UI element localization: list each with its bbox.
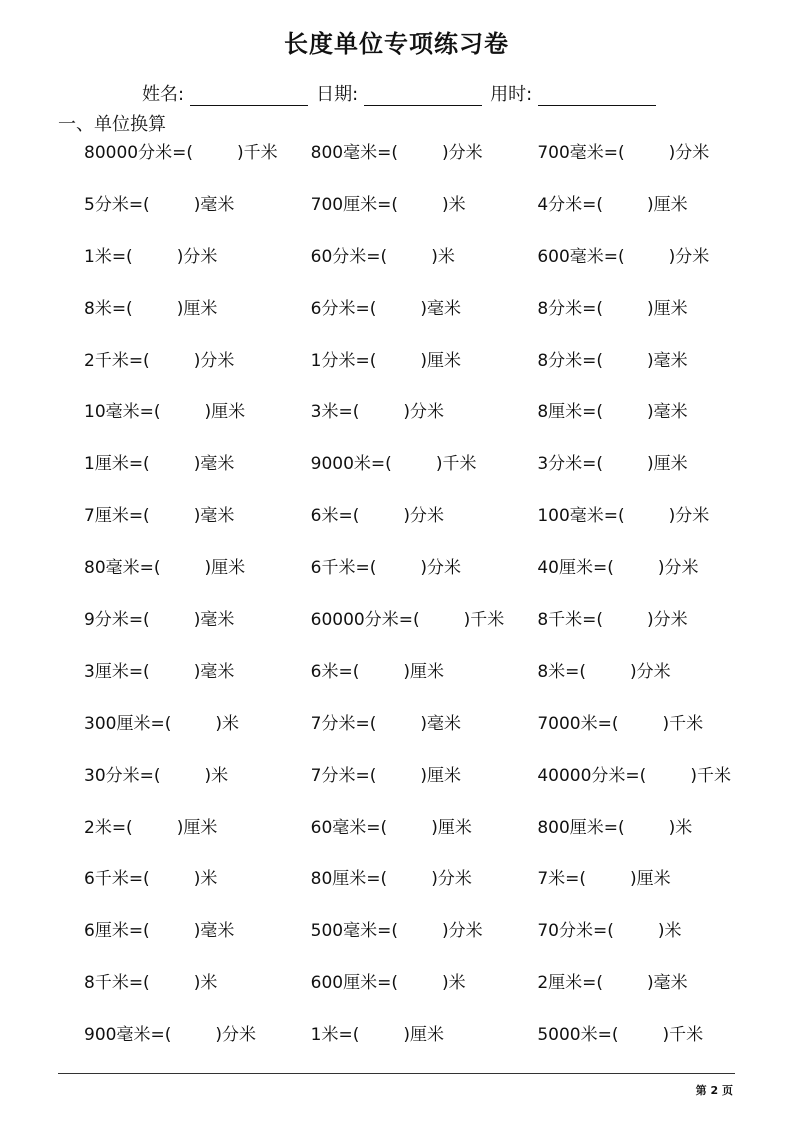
problem-item: 7000米=()千米 [537,709,764,734]
problem-left-text: 2厘米=( [537,968,603,993]
problem-left-text: 6千米=( [84,864,150,889]
problem-item: 10毫米=()厘米 [84,397,311,422]
problem-item: 60000分米=()千米 [311,605,538,630]
problem-left-text: 6厘米=( [84,916,150,941]
worksheet-title: 长度单位专项练习卷 [0,24,793,59]
date-label: 日期: [316,80,358,106]
problem-left-text: 3分米=( [537,449,603,474]
problem-left-text: 800厘米=( [537,813,624,838]
problem-item: 8千米=()米 [84,968,311,993]
problem-left-text: 6千米=( [311,553,377,578]
problem-item: 7分米=()厘米 [311,761,538,786]
problem-item: 8分米=()毫米 [537,346,764,371]
problem-row: 1米=()分米60分米=()米600毫米=()分米 [84,242,764,294]
problem-item: 8米=()分米 [537,657,764,682]
problem-right-text: )厘米 [403,657,444,682]
problem-right-text: )厘米 [420,761,461,786]
problem-left-text: 9分米=( [84,605,150,630]
problem-left-text: 8千米=( [537,605,603,630]
problem-left-text: 80厘米=( [311,864,388,889]
problem-right-text: )分米 [177,242,218,267]
problem-right-text: )分米 [647,605,688,630]
problem-right-text: )千米 [690,761,731,786]
time-used-blank[interactable] [538,87,656,106]
problem-item: 3分米=()厘米 [537,449,764,474]
footer-divider [58,1073,735,1074]
problem-row: 1厘米=()毫米9000米=()千米3分米=()厘米 [84,449,764,501]
problem-item: 700厘米=()米 [311,190,538,215]
problem-left-text: 3米=( [311,397,360,422]
problem-row: 7厘米=()毫米6米=()分米100毫米=()分米 [84,501,764,553]
problem-right-text: )厘米 [177,294,218,319]
problem-item: 600毫米=()分米 [537,242,764,267]
problem-item: 3米=()分米 [311,397,538,422]
problem-item: 6米=()厘米 [311,657,538,682]
student-info-row: 姓名: 日期: 用时: [142,80,664,106]
problem-left-text: 700厘米=( [311,190,398,215]
problem-item: 2千米=()分米 [84,346,311,371]
problem-right-text: )分米 [431,864,472,889]
problem-item: 1分米=()厘米 [311,346,538,371]
problem-left-text: 8厘米=( [537,397,603,422]
problem-left-text: 30分米=( [84,761,161,786]
problem-item: 40000分米=()千米 [537,761,764,786]
problem-right-text: )分米 [403,501,444,526]
problem-right-text: )毫米 [420,709,461,734]
problem-left-text: 500毫米=( [311,916,398,941]
problem-left-text: 7000米=( [537,709,618,734]
problem-right-text: )厘米 [205,553,246,578]
problem-row: 5分米=()毫米700厘米=()米4分米=()厘米 [84,190,764,242]
problem-right-text: )厘米 [647,190,688,215]
problem-item: 6分米=()毫米 [311,294,538,319]
problem-left-text: 60毫米=( [311,813,388,838]
problem-left-text: 600毫米=( [537,242,624,267]
problem-item: 7厘米=()毫米 [84,501,311,526]
problem-item: 500毫米=()分米 [311,916,538,941]
problem-right-text: )分米 [194,346,235,371]
problem-right-text: )千米 [237,138,278,163]
problem-row: 900毫米=()分米1米=()厘米5000米=()千米 [84,1020,764,1072]
problem-right-text: )千米 [436,449,477,474]
problem-row: 3厘米=()毫米6米=()厘米8米=()分米 [84,657,764,709]
problem-right-text: )毫米 [194,605,235,630]
problem-left-text: 6分米=( [311,294,377,319]
problem-row: 2千米=()分米1分米=()厘米8分米=()毫米 [84,346,764,398]
problem-right-text: )分米 [420,553,461,578]
problem-grid: 80000分米=()千米800毫米=()分米700毫米=()分米5分米=()毫米… [84,138,764,1072]
problem-right-text: )分米 [669,138,710,163]
problem-right-text: )厘米 [647,449,688,474]
problem-right-text: )毫米 [194,916,235,941]
problem-right-text: )厘米 [420,346,461,371]
time-used-field: 用时: [490,80,656,106]
problem-right-text: )厘米 [647,294,688,319]
problem-left-text: 9000米=( [311,449,392,474]
problem-item: 60分米=()米 [311,242,538,267]
problem-item: 1米=()分米 [84,242,311,267]
problem-row: 8米=()厘米6分米=()毫米8分米=()厘米 [84,294,764,346]
problem-right-text: )分米 [658,553,699,578]
problem-left-text: 100毫米=( [537,501,624,526]
problem-right-text: )米 [215,709,239,734]
problem-left-text: 7分米=( [311,761,377,786]
problem-left-text: 60000分米=( [311,605,420,630]
problem-row: 80毫米=()厘米6千米=()分米40厘米=()分米 [84,553,764,605]
problem-left-text: 3厘米=( [84,657,150,682]
problem-item: 5000米=()千米 [537,1020,764,1045]
problem-right-text: )分米 [669,501,710,526]
problem-item: 700毫米=()分米 [537,138,764,163]
problem-left-text: 10毫米=( [84,397,161,422]
problem-item: 600厘米=()米 [311,968,538,993]
problem-right-text: )米 [205,761,229,786]
problem-right-text: )米 [658,916,682,941]
problem-left-text: 8米=( [84,294,133,319]
time-used-label: 用时: [490,80,532,106]
problem-left-text: 7米=( [537,864,586,889]
problem-right-text: )米 [669,813,693,838]
problem-right-text: )千米 [662,709,703,734]
problem-left-text: 800毫米=( [311,138,398,163]
problem-item: 300厘米=()米 [84,709,311,734]
problem-left-text: 6米=( [311,657,360,682]
problem-row: 6千米=()米80厘米=()分米7米=()厘米 [84,864,764,916]
problem-right-text: )毫米 [194,190,235,215]
problem-item: 1厘米=()毫米 [84,449,311,474]
problem-right-text: )毫米 [647,346,688,371]
problem-right-text: )米 [442,190,466,215]
problem-item: 80厘米=()分米 [311,864,538,889]
problem-right-text: )千米 [662,1020,703,1045]
problem-left-text: 1米=( [84,242,133,267]
problem-item: 7米=()厘米 [537,864,764,889]
date-blank[interactable] [364,87,482,106]
problem-left-text: 600厘米=( [311,968,398,993]
problem-right-text: )米 [194,968,218,993]
problem-right-text: )米 [442,968,466,993]
problem-item: 800毫米=()分米 [311,138,538,163]
problem-item: 8米=()厘米 [84,294,311,319]
problem-item: 2米=()厘米 [84,813,311,838]
problem-right-text: )毫米 [420,294,461,319]
problem-left-text: 4分米=( [537,190,603,215]
problem-item: 6千米=()分米 [311,553,538,578]
problem-item: 8厘米=()毫米 [537,397,764,422]
problem-right-text: )毫米 [194,501,235,526]
problem-item: 4分米=()厘米 [537,190,764,215]
problem-item: 2厘米=()毫米 [537,968,764,993]
name-field: 姓名: [142,80,308,106]
problem-right-text: )分米 [442,138,483,163]
problem-left-text: 8分米=( [537,294,603,319]
problem-right-text: )厘米 [403,1020,444,1045]
problem-left-text: 8分米=( [537,346,603,371]
problem-item: 3厘米=()毫米 [84,657,311,682]
problem-left-text: 5000米=( [537,1020,618,1045]
problem-item: 8分米=()厘米 [537,294,764,319]
problem-item: 1米=()厘米 [311,1020,538,1045]
problem-left-text: 900毫米=( [84,1020,171,1045]
problem-right-text: )分米 [403,397,444,422]
problem-left-text: 60分米=( [311,242,388,267]
problem-left-text: 300厘米=( [84,709,171,734]
problem-item: 7分米=()毫米 [311,709,538,734]
problem-left-text: 70分米=( [537,916,614,941]
problem-row: 9分米=()毫米60000分米=()千米8千米=()分米 [84,605,764,657]
problem-row: 300厘米=()米7分米=()毫米7000米=()千米 [84,709,764,761]
problem-item: 70分米=()米 [537,916,764,941]
date-field: 日期: [316,80,482,106]
problem-left-text: 1分米=( [311,346,377,371]
problem-item: 900毫米=()分米 [84,1020,311,1045]
problem-row: 30分米=()米7分米=()厘米40000分米=()千米 [84,761,764,813]
problem-item: 100毫米=()分米 [537,501,764,526]
name-blank[interactable] [190,87,308,106]
problem-right-text: )厘米 [630,864,671,889]
name-label: 姓名: [142,80,184,106]
problem-right-text: )毫米 [194,657,235,682]
problem-left-text: 5分米=( [84,190,150,215]
problem-item: 6米=()分米 [311,501,538,526]
problem-right-text: )厘米 [205,397,246,422]
problem-right-text: )米 [194,864,218,889]
problem-row: 80000分米=()千米800毫米=()分米700毫米=()分米 [84,138,764,190]
problem-left-text: 2米=( [84,813,133,838]
problem-right-text: )米 [431,242,455,267]
problem-item: 80毫米=()厘米 [84,553,311,578]
problem-row: 2米=()厘米60毫米=()厘米800厘米=()米 [84,813,764,865]
problem-left-text: 40000分米=( [537,761,646,786]
page-number: 第 2 页 [696,1082,733,1098]
problem-right-text: )分米 [442,916,483,941]
problem-left-text: 80毫米=( [84,553,161,578]
problem-right-text: )厘米 [177,813,218,838]
problem-left-text: 8米=( [537,657,586,682]
problem-left-text: 8千米=( [84,968,150,993]
problem-left-text: 700毫米=( [537,138,624,163]
problem-item: 30分米=()米 [84,761,311,786]
problem-item: 5分米=()毫米 [84,190,311,215]
problem-right-text: )厘米 [431,813,472,838]
section-title: 一、单位换算 [58,110,166,136]
problem-left-text: 7厘米=( [84,501,150,526]
problem-item: 80000分米=()千米 [84,138,311,163]
problem-item: 8千米=()分米 [537,605,764,630]
problem-left-text: 80000分米=( [84,138,193,163]
problem-left-text: 1米=( [311,1020,360,1045]
problem-right-text: )毫米 [647,397,688,422]
problem-right-text: )分米 [630,657,671,682]
problem-item: 800厘米=()米 [537,813,764,838]
problem-left-text: 40厘米=( [537,553,614,578]
problem-item: 40厘米=()分米 [537,553,764,578]
problem-item: 9分米=()毫米 [84,605,311,630]
problem-item: 6千米=()米 [84,864,311,889]
problem-row: 6厘米=()毫米500毫米=()分米70分米=()米 [84,916,764,968]
problem-right-text: )毫米 [194,449,235,474]
problem-left-text: 7分米=( [311,709,377,734]
problem-left-text: 6米=( [311,501,360,526]
problem-item: 9000米=()千米 [311,449,538,474]
problem-left-text: 2千米=( [84,346,150,371]
problem-item: 6厘米=()毫米 [84,916,311,941]
problem-right-text: )毫米 [647,968,688,993]
problem-right-text: )千米 [464,605,505,630]
problem-right-text: )分米 [215,1020,256,1045]
problem-row: 10毫米=()厘米3米=()分米8厘米=()毫米 [84,397,764,449]
problem-left-text: 1厘米=( [84,449,150,474]
problem-item: 60毫米=()厘米 [311,813,538,838]
problem-right-text: )分米 [669,242,710,267]
problem-row: 8千米=()米600厘米=()米2厘米=()毫米 [84,968,764,1020]
